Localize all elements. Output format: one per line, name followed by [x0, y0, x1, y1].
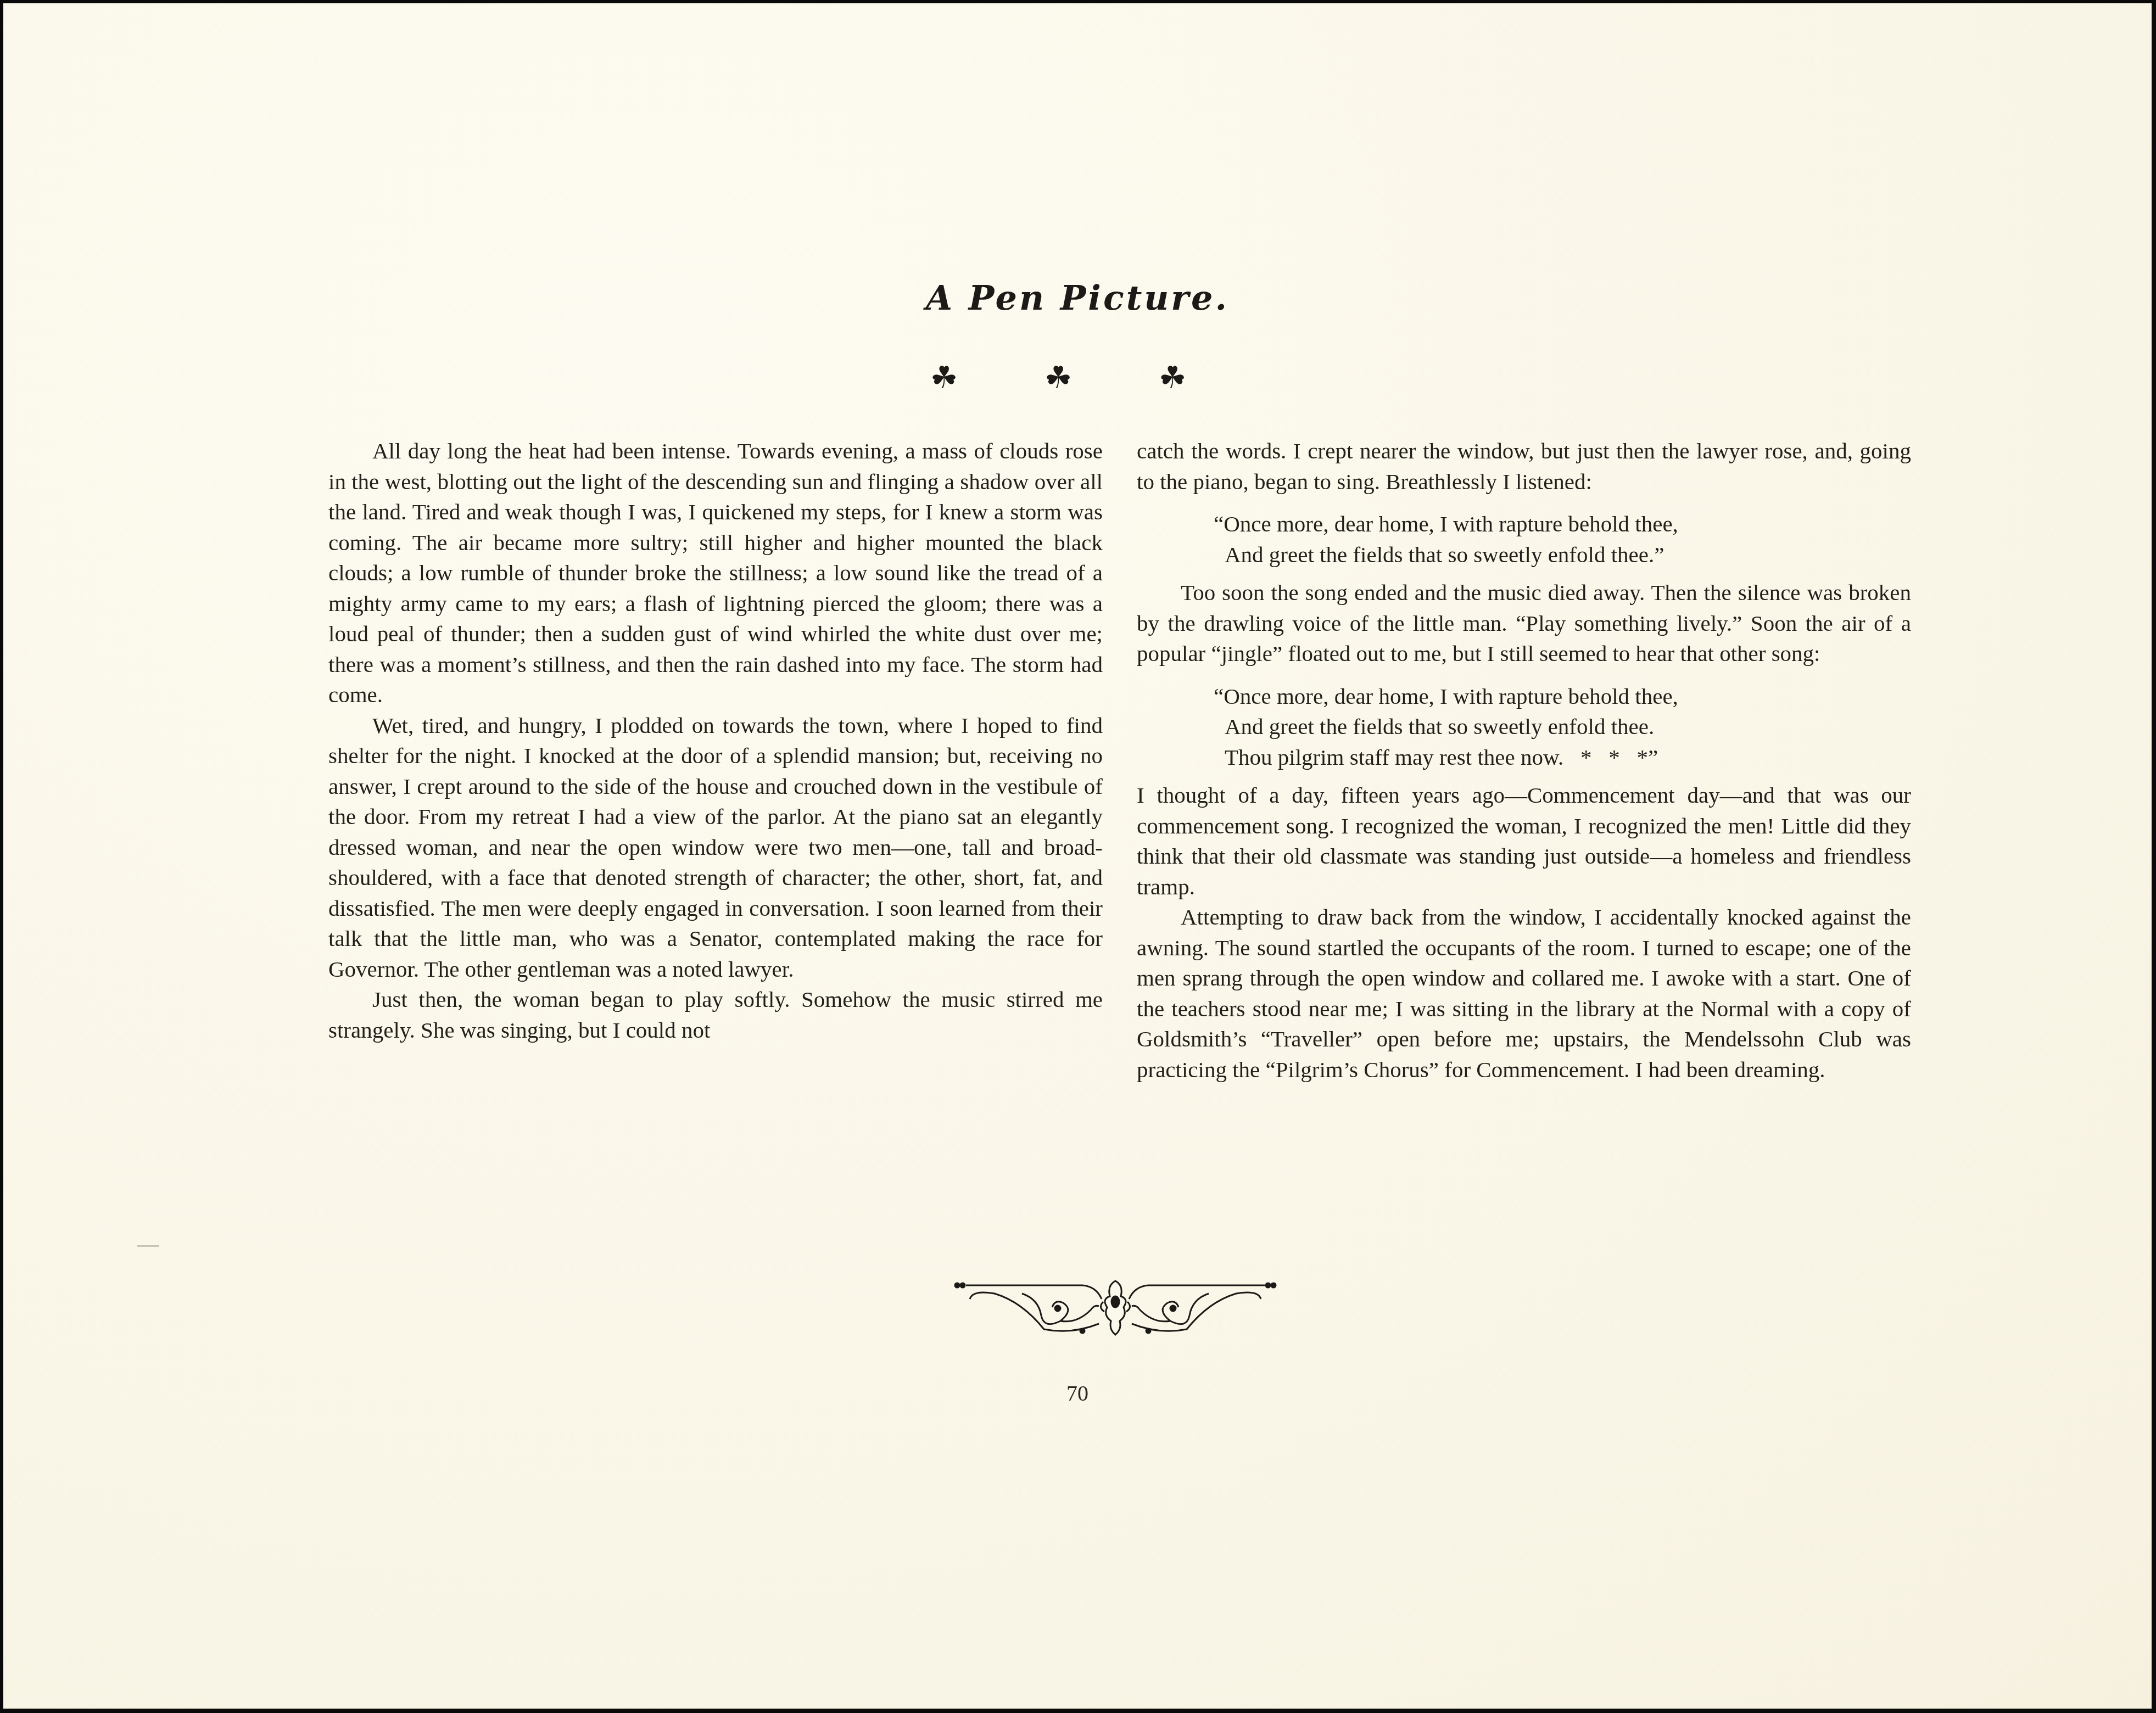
- clover-fleuron-icon: ☘ ☘ ☘: [3, 360, 2152, 396]
- verse-line: “Once more, dear home, I with rapture be…: [1214, 509, 1911, 540]
- paragraph: Too soon the song ended and the music di…: [1137, 578, 1911, 669]
- verse-line: And greet the fields that so sweetly enf…: [1214, 540, 1911, 570]
- left-column: All day long the heat had been intense. …: [328, 436, 1103, 1045]
- verse-line: Thou pilgrim staff may rest thee now. * …: [1214, 742, 1911, 773]
- paragraph: Attempting to draw back from the window,…: [1137, 902, 1911, 1085]
- verse-line: “Once more, dear home, I with rapture be…: [1214, 681, 1911, 712]
- paragraph: Wet, tired, and hungry, I plodded on tow…: [328, 710, 1103, 985]
- book-page: A Pen Picture. ☘ ☘ ☘ All day long the he…: [3, 3, 2152, 1709]
- scan-mark: [137, 1245, 159, 1247]
- paragraph: All day long the heat had been intense. …: [328, 436, 1103, 710]
- verse-quote: “Once more, dear home, I with rapture be…: [1137, 509, 1911, 570]
- paragraph: Just then, the woman began to play softl…: [328, 984, 1103, 1045]
- paragraph: catch the words. I crept nearer the wind…: [1137, 436, 1911, 497]
- page-number: 70: [3, 1380, 2152, 1406]
- verse-line: And greet the fields that so sweetly enf…: [1214, 712, 1911, 742]
- scroll-ornament-icon: [951, 1269, 1280, 1340]
- right-column: catch the words. I crept nearer the wind…: [1137, 436, 1911, 1085]
- paragraph: I thought of a day, fifteen years ago—Co…: [1137, 780, 1911, 902]
- page-title: A Pen Picture.: [3, 278, 2152, 318]
- verse-quote: “Once more, dear home, I with rapture be…: [1137, 681, 1911, 773]
